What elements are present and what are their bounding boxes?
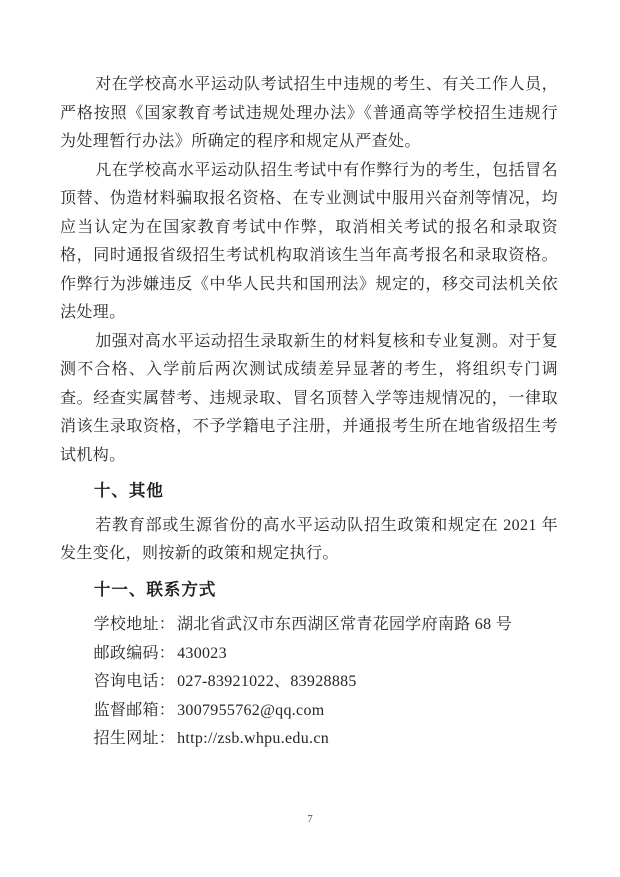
paragraph-policy-change: 若教育部或生源省份的高水平运动队招生政策和规定在 2021 年发生变化，则按新的… <box>60 512 558 569</box>
paragraph-material-recheck: 加强对高水平运动招生录取新生的材料复核和专业复测。对于复测不合格、入学前后两次测… <box>60 328 558 471</box>
section-heading-contact: 十一、联系方式 <box>60 576 558 605</box>
contact-address-label: 学校地址： <box>94 616 176 633</box>
paragraph-cheating-handling: 凡在学校高水平运动队招生考试中有作弊行为的考生，包括冒名顶替、伪造材料骗取报名资… <box>60 157 558 328</box>
contact-list: 学校地址：湖北省武汉市东西湖区常青花园学府南路 68 号 邮政编码：430023… <box>60 611 558 754</box>
contact-line-phone: 咨询电话：027-83921022、83928885 <box>60 668 558 697</box>
page-footer: 7 <box>0 809 620 827</box>
paragraph-violation-discipline: 对在学校高水平运动队考试招生中违规的考生、有关工作人员，严格按照《国家教育考试违… <box>60 71 558 157</box>
document-content: 对在学校高水平运动队考试招生中违规的考生、有关工作人员，严格按照《国家教育考试违… <box>60 71 558 754</box>
contact-address-value: 湖北省武汉市东西湖区常青花园学府南路 68 号 <box>177 616 512 633</box>
contact-website-label: 招生网址： <box>94 730 176 747</box>
contact-email-value: 3007955762@qq.com <box>177 702 324 719</box>
contact-phone-label: 咨询电话： <box>94 673 176 690</box>
contact-line-postcode: 邮政编码：430023 <box>60 640 558 669</box>
page-number: 7 <box>307 813 313 825</box>
contact-postcode-label: 邮政编码： <box>94 645 176 662</box>
document-page: 对在学校高水平运动队考试招生中违规的考生、有关工作人员，严格按照《国家教育考试违… <box>0 0 620 877</box>
section-heading-other: 十、其他 <box>60 477 558 506</box>
contact-phone-value: 027-83921022、83928885 <box>177 673 357 690</box>
contact-line-website: 招生网址：http://zsb.whpu.edu.cn <box>60 725 558 754</box>
contact-website-value: http://zsb.whpu.edu.cn <box>177 730 329 747</box>
contact-line-address: 学校地址：湖北省武汉市东西湖区常青花园学府南路 68 号 <box>60 611 558 640</box>
contact-line-email: 监督邮箱：3007955762@qq.com <box>60 697 558 726</box>
contact-postcode-value: 430023 <box>177 645 227 662</box>
contact-email-label: 监督邮箱： <box>94 702 176 719</box>
